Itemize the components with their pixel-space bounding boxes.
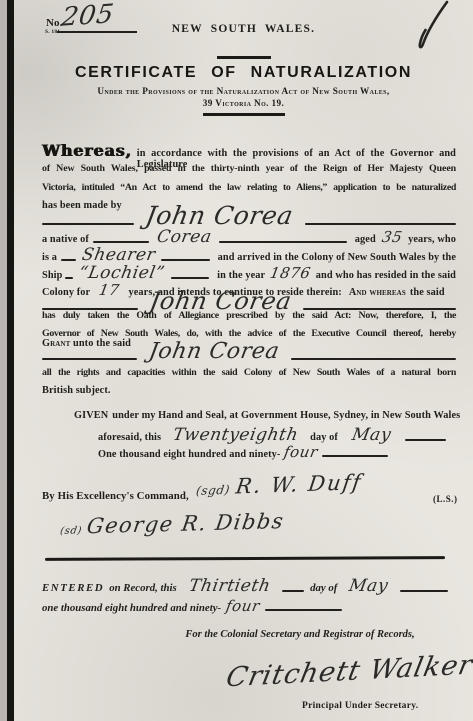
fill-in-line	[291, 358, 456, 360]
entered-day-written: Thirtieth	[187, 578, 271, 595]
secretary-signature-row: (sd) George R. Dibbs	[60, 509, 285, 539]
rights-line-1: all the rights and capacities within the…	[42, 367, 456, 378]
entered-day-of-label: day of	[310, 582, 337, 594]
entered-line-1-text: on Record, this	[109, 582, 177, 594]
occupation-row: is a Shearer and arrived in the Colony o…	[42, 247, 456, 264]
governor-signature-prefix: (sgd)	[195, 483, 231, 498]
entered-word: ENTERED	[42, 582, 104, 594]
seal-mark: (L.S.)	[433, 494, 458, 504]
given-day-of-label: day of	[310, 432, 338, 443]
fill-in-line	[400, 590, 448, 592]
secretary-signature: George R. Dibbs	[85, 509, 286, 538]
whereas-word: Whereas,	[42, 141, 132, 160]
fill-in-line	[322, 455, 388, 457]
scan-edge-gray	[0, 0, 7, 721]
entered-year-prefix: one thousand eight hundred and ninety-	[42, 602, 221, 614]
given-line-1-text: under my Hand and Seal, at Government Ho…	[112, 410, 460, 421]
fill-in-line	[305, 223, 456, 225]
entered-year-row: one thousand eight hundred and ninety- f…	[42, 599, 342, 614]
whereas-line-2: of New South Wales, passed in the thirty…	[42, 163, 456, 174]
fill-in-line	[65, 277, 73, 279]
ship-label: Ship	[42, 270, 62, 281]
header-rule-bottom	[203, 113, 285, 116]
ship-row: Ship “Lochiel” in the year 1876 and who …	[42, 265, 456, 282]
governor-signature-row: (sgd) R. W. Duff	[196, 470, 363, 500]
age-value: 35	[380, 230, 403, 245]
registrar-title: Principal Under Secretary.	[302, 701, 418, 711]
native-of-row: a native of Corea aged 35 years, who	[42, 229, 456, 246]
given-line-1: GIVEN under my Hand and Seal, at Governm…	[74, 410, 460, 421]
given-year-prefix: One thousand eight hundred and ninety-	[98, 449, 280, 460]
native-of-label: a native of	[42, 234, 89, 245]
oath-line-1: has duly taken the Oath of Allegiance pr…	[42, 310, 456, 321]
fill-in-line	[282, 590, 304, 592]
occupation-label: is a	[42, 252, 57, 263]
fill-in-line	[265, 609, 342, 611]
section-divider	[45, 556, 445, 560]
whereas-line-3: Victoria, intituled “An Act to amend the…	[42, 182, 456, 193]
arrival-year: 1876	[269, 266, 312, 281]
fill-in-line	[161, 259, 209, 261]
page-title: CERTIFICATE OF NATURALIZATION	[14, 64, 473, 82]
applicant-name-row-1: John Corea	[42, 203, 456, 228]
arrival-text: and arrived in the Colony of New South W…	[218, 252, 456, 263]
for-colonial-secretary-line: For the Colonial Secretary and Registrar…	[150, 629, 450, 640]
occupation-value: Shearer	[80, 247, 156, 264]
colony-header: NEW SOUTH WALES.	[14, 23, 473, 35]
aged-suffix: years, who	[408, 234, 456, 245]
year-label: in the year	[217, 270, 265, 281]
given-word: GIVEN	[74, 410, 108, 421]
fill-in-line	[42, 358, 137, 360]
scan-edge-black	[7, 0, 14, 721]
fill-in-line	[42, 223, 134, 225]
aforesaid-label: aforesaid, this	[98, 432, 161, 443]
secretary-signature-prefix: (sd)	[59, 525, 82, 537]
governor-signature: R. W. Duff	[234, 470, 364, 499]
entered-month: May	[348, 578, 390, 595]
entered-row: ENTERED on Record, this Thirtieth day of…	[42, 578, 448, 595]
entered-year-suffix: four	[225, 599, 261, 614]
given-month: May	[350, 427, 392, 444]
fill-in-line	[171, 277, 209, 279]
given-year-row: One thousand eight hundred and ninety- f…	[98, 445, 388, 460]
act-citation: 39 Victoria No. 19.	[14, 98, 473, 108]
given-year-suffix: four	[283, 445, 319, 460]
given-date-row: aforesaid, this Twentyeighth day of May	[98, 427, 446, 444]
applicant-name-1: John Corea	[144, 203, 295, 228]
resided-text: and who has resided in the said	[316, 270, 456, 281]
certificate-page: No. S. 181 205 NEW SOUTH WALES. CERTIFIC…	[0, 0, 473, 721]
header-rule-top	[217, 56, 271, 59]
native-of-value: Corea	[155, 229, 213, 246]
fill-in-line	[405, 439, 446, 441]
ship-value: “Lochiel”	[78, 265, 167, 282]
fill-in-line	[93, 241, 149, 243]
fill-in-line	[219, 241, 346, 243]
given-day-written: Twentyeighth	[172, 427, 300, 444]
command-label: By His Excellency's Command,	[42, 490, 189, 502]
rights-line-2: British subject.	[42, 385, 111, 396]
registrar-signature: Critchett Walker	[224, 650, 473, 694]
aged-label: aged	[355, 234, 376, 245]
applicant-name-row-3: John Corea	[42, 341, 456, 363]
applicant-name-3: John Corea	[147, 341, 281, 363]
page-subtitle: Under the Provisions of the Naturalizati…	[14, 86, 473, 96]
fill-in-line	[61, 259, 76, 261]
